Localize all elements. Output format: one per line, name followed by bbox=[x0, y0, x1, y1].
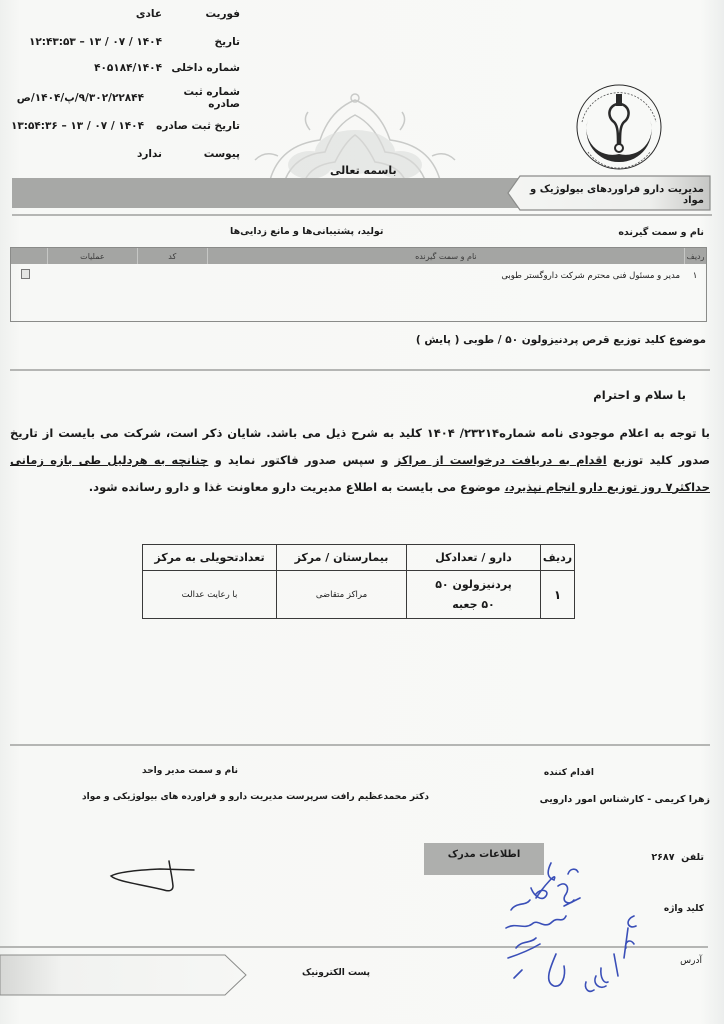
cell-drug: پردنیزولون ۵۰ ۵۰ جعبه bbox=[407, 571, 541, 619]
distribution-table: ردیف دارو / تعدادکل بیمارستان / مرکز تعد… bbox=[142, 544, 575, 619]
footer-divider bbox=[10, 744, 710, 746]
handwritten-note-icon bbox=[496, 858, 646, 1008]
col-spacer bbox=[11, 248, 47, 264]
meta-label: پیوست bbox=[170, 148, 240, 160]
recipient-label: نام و سمت گیرنده bbox=[618, 227, 704, 238]
row-recipient: مدیر و مسئول فنی محترم شرکت داروگستر طوب… bbox=[501, 271, 684, 281]
recipient-group: تولید، پشتیبانی‌ها و مانع زدایی‌ها bbox=[230, 226, 383, 237]
meta-attachment: پیوست ندارد bbox=[20, 144, 240, 164]
phone-label: تلفن bbox=[681, 852, 704, 863]
cell-index: ۱ bbox=[541, 571, 575, 619]
col-actions: عملیات bbox=[47, 248, 137, 264]
address-label: آدرس bbox=[680, 956, 702, 966]
basmala: باسمه تعالی bbox=[330, 164, 397, 177]
header-divider bbox=[12, 214, 712, 216]
body-text: و سپس صدور فاکتور نماید و bbox=[208, 453, 394, 467]
meta-priority: فوریت عادی bbox=[20, 4, 240, 24]
col-drug: دارو / تعدادکل bbox=[407, 545, 541, 571]
meta-label: فوریت bbox=[170, 8, 240, 20]
phone-field: تلفن ۲۶۸۷ bbox=[651, 852, 704, 863]
meta-label: شماره ثبت صادره bbox=[152, 86, 240, 110]
meta-label: تاریخ bbox=[170, 36, 240, 48]
col-index: ردیف bbox=[541, 545, 575, 571]
drug-total: ۵۰ جعبه bbox=[407, 595, 540, 615]
meta-value: عادی bbox=[20, 8, 170, 20]
cell-delivered: با رعایت عدالت bbox=[143, 571, 277, 619]
header-banner-bar bbox=[12, 178, 520, 208]
meta-label: شماره داخلی bbox=[170, 62, 240, 74]
phone-value: ۲۶۸۷ bbox=[651, 852, 674, 863]
subject-divider bbox=[10, 369, 710, 371]
meta-internal-number: شماره داخلی ۴۰۵۱۸۴/۱۴۰۴ bbox=[20, 58, 240, 78]
actor-label: اقدام کننده bbox=[544, 768, 594, 778]
actor-value: زهرا کریمی - کارشناس امور دارویی bbox=[540, 794, 710, 805]
table-header-row: ردیف دارو / تعدادکل بیمارستان / مرکز تعد… bbox=[143, 545, 575, 571]
body-paragraph: با توجه به اعلام موجودی نامه شماره۲۳۲۱۴/… bbox=[10, 420, 710, 501]
meta-value: ندارد bbox=[20, 148, 170, 160]
meta-label: تاریخ ثبت صادره bbox=[152, 120, 240, 132]
recipients-grid-header: ردیف نام و سمت گیرنده کد عملیات bbox=[11, 248, 706, 264]
manager-value: دکتر محمدعظیم رافت سرپرست مدیریت دارو و … bbox=[82, 792, 429, 802]
recipients-grid: ردیف نام و سمت گیرنده کد عملیات ۱ مدیر و… bbox=[10, 247, 707, 322]
keyword-label: کلید واژه bbox=[664, 904, 704, 914]
col-code: کد bbox=[137, 248, 207, 264]
body-text-underlined: اقدام به دریافت درخواست از مراکز bbox=[395, 453, 607, 467]
meta-issued-number: شماره ثبت صادره ۹/۳۰۲/۲۲۸۴۴/پ/۱۴۰۴/ص bbox=[20, 88, 240, 108]
subject: موضوع کلید توزیع قرص پردنیزولون ۵۰ / طوب… bbox=[416, 334, 706, 346]
table-row: ۱ مدیر و مسئول فنی محترم شرکت داروگستر ط… bbox=[11, 268, 706, 284]
cell-center: مراکز متقاضی bbox=[277, 571, 407, 619]
col-recipient: نام و سمت گیرنده bbox=[207, 248, 684, 264]
meta-value: ۹/۳۰۲/۲۲۸۴۴/پ/۱۴۰۴/ص bbox=[17, 92, 152, 104]
signature-icon bbox=[108, 856, 198, 902]
drug-name: پردنیزولون ۵۰ bbox=[407, 575, 540, 595]
university-logo-icon bbox=[574, 82, 664, 172]
col-center: بیمارستان / مرکز bbox=[277, 545, 407, 571]
email-label: پست الکترونیک bbox=[302, 968, 370, 978]
manager-label: نام و سمت مدیر واحد bbox=[142, 766, 238, 776]
col-delivered: تعدادتحویلی به مرکز bbox=[143, 545, 277, 571]
col-index: ردیف bbox=[684, 248, 706, 264]
meta-date: تاریخ ۱۴۰۴ / ۰۷ / ۱۳ – ۱۲:۴۳:۵۳ bbox=[20, 32, 240, 52]
letter-page: فوریت عادی تاریخ ۱۴۰۴ / ۰۷ / ۱۳ – ۱۲:۴۳:… bbox=[0, 0, 724, 1024]
body-text: موضوع می بایست به اطلاع مدیریت دارو معاو… bbox=[89, 480, 505, 494]
email-field-box bbox=[0, 954, 248, 996]
meta-value: ۱۴۰۴ / ۰۷ / ۱۳ – ۱۳:۵۴:۳۶ bbox=[11, 120, 152, 132]
meta-issued-date: تاریخ ثبت صادره ۱۴۰۴ / ۰۷ / ۱۳ – ۱۳:۵۴:۳… bbox=[20, 116, 240, 136]
row-index: ۱ bbox=[684, 271, 706, 281]
meta-value: ۱۴۰۴ / ۰۷ / ۱۳ – ۱۲:۴۳:۵۳ bbox=[20, 36, 170, 48]
greeting: با سلام و احترام bbox=[593, 388, 686, 402]
table-row: ۱ پردنیزولون ۵۰ ۵۰ جعبه مراکز متقاضی با … bbox=[143, 571, 575, 619]
department-name: مدیریت دارو فراوردهای بیولوژیک و مواد bbox=[512, 184, 708, 206]
meta-value: ۴۰۵۱۸۴/۱۴۰۴ bbox=[20, 62, 170, 74]
details-icon[interactable] bbox=[21, 269, 30, 279]
